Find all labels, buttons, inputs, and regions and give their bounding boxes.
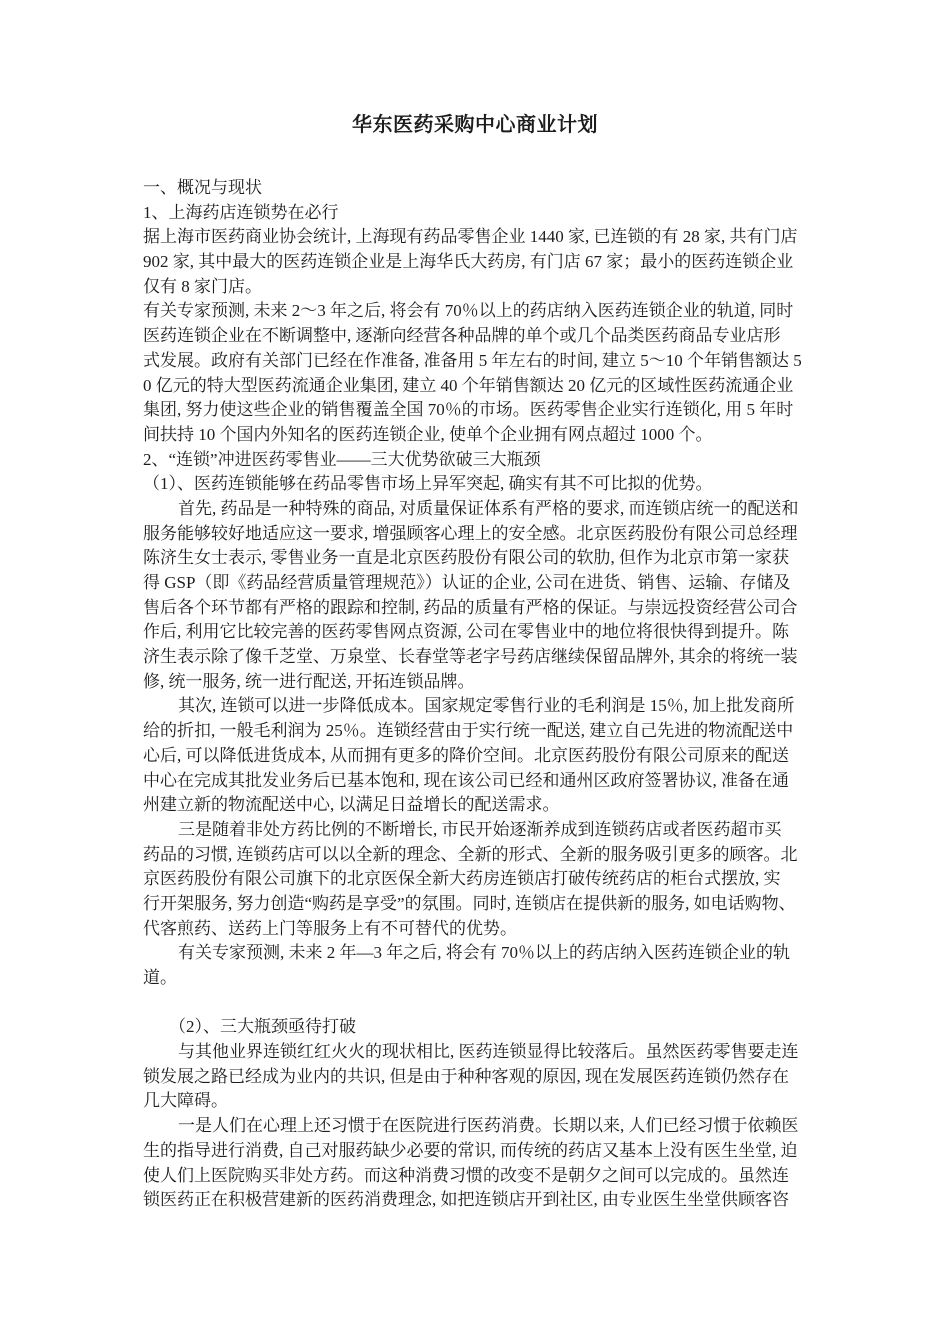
text-line: （2）、三大瓶颈亟待打破 (143, 1015, 833, 1040)
document-page: 华东医药采购中心商业计划 一、概况与现状1、上海药店连锁势在必行据上海市医药商业… (0, 0, 950, 1344)
text-line: 集团, 努力使这些企业的销售覆盖全国 70％的市场。医药零售企业实行连锁化, 用… (143, 398, 833, 423)
blank-line (143, 991, 833, 1016)
text-line: 陈济生女士表示, 零售业务一直是北京医药股份有限公司的软肋, 但作为北京市第一家… (143, 546, 833, 571)
text-line: 中心在完成其批发业务后已基本饱和, 现在该公司已经和通州区政府签署协议, 准备在… (143, 769, 833, 794)
text-line: 有关专家预测, 未来 2 年—3 年之后, 将会有 70％以上的药店纳入医药连锁… (143, 941, 833, 966)
document-title: 华东医药采购中心商业计划 (0, 0, 950, 140)
text-line: 据上海市医药商业协会统计, 上海现有药品零售企业 1440 家, 已连锁的有 2… (143, 225, 833, 250)
text-line: 代客煎药、送药上门等服务上有不可替代的优势。 (143, 917, 833, 942)
text-line: 修, 统一服务, 统一进行配送, 开拓连锁品牌。 (143, 670, 833, 695)
text-line: 作后, 利用它比较完善的医药零售网点资源, 公司在零售业中的地位将很快得到提升。… (143, 620, 833, 645)
document-body: 一、概况与现状1、上海药店连锁势在必行据上海市医药商业协会统计, 上海现有药品零… (0, 176, 833, 1213)
text-line: 其次, 连锁可以进一步降低成本。国家规定零售行业的毛利润是 15％, 加上批发商… (143, 694, 833, 719)
text-line: 得 GSP（即《药品经营质量管理规范》）认证的企业, 公司在进货、销售、运输、存… (143, 571, 833, 596)
text-line: 三是随着非处方药比例的不断增长, 市民开始逐渐养成到连锁药店或者医药超市买 (143, 818, 833, 843)
text-line: 给的折扣, 一般毛利润为 25％。连锁经营由于实行统一配送, 建立自己先进的物流… (143, 719, 833, 744)
text-line: 京医药股份有限公司旗下的北京医保全新大药房连锁店打破传统药店的柜台式摆放, 实 (143, 867, 833, 892)
text-line: 使人们上医院购买非处方药。而这种消费习惯的改变不是朝夕之间可以完成的。虽然连 (143, 1164, 833, 1189)
text-line: 医药连锁企业在不断调整中, 逐渐向经营各种品牌的单个或几个品类医药商品专业店形 (143, 324, 833, 349)
text-line: 服务能够较好地适应这一要求, 增强顾客心理上的安全感。北京医药股份有限公司总经理 (143, 522, 833, 547)
text-line: 州建立新的物流配送中心, 以满足日益增长的配送需求。 (143, 793, 833, 818)
text-line: 道。 (143, 966, 833, 991)
text-line: 仅有 8 家门店。 (143, 275, 833, 300)
text-line: 一、概况与现状 (143, 176, 833, 201)
text-line: 一是人们在心理上还习惯于在医院进行医药消费。长期以来, 人们已经习惯于依赖医 (143, 1114, 833, 1139)
text-line: 有关专家预测, 未来 2～3 年之后, 将会有 70％以上的药店纳入医药连锁企业… (143, 299, 833, 324)
text-line: 锁医药正在积极营建新的医药消费理念, 如把连锁店开到社区, 由专业医生坐堂供顾客… (143, 1188, 833, 1213)
text-line: 心后, 可以降低进货成本, 从而拥有更多的降价空间。北京医药股份有限公司原来的配… (143, 744, 833, 769)
text-line: 生的指导进行消费, 自己对服药缺少必要的常识, 而传统的药店又基本上没有医生坐堂… (143, 1139, 833, 1164)
text-line: 间扶持 10 个国内外知名的医药连锁企业, 使单个企业拥有网点超过 1000 个… (143, 423, 833, 448)
text-line: 与其他业界连锁红红火火的现状相比, 医药连锁显得比较落后。虽然医药零售要走连 (143, 1040, 833, 1065)
text-line: 药品的习惯, 连锁药店可以以全新的理念、全新的形式、全新的服务吸引更多的顾客。北 (143, 843, 833, 868)
text-line: 1、上海药店连锁势在必行 (143, 201, 833, 226)
text-line: 行开架服务, 努力创造“购药是享受”的氛围。同时, 连锁店在提供新的服务, 如电… (143, 892, 833, 917)
text-line: 锁发展之路已经成为业内的共识, 但是由于种种客观的原因, 现在发展医药连锁仍然存… (143, 1065, 833, 1090)
text-line: 902 家, 其中最大的医药连锁企业是上海华氏大药房, 有门店 67 家；最小的… (143, 250, 833, 275)
text-line: 0 亿元的特大型医药流通企业集团, 建立 40 个年销售额达 20 亿元的区域性… (143, 374, 833, 399)
text-line: 几大障碍。 (143, 1089, 833, 1114)
text-line: 首先, 药品是一种特殊的商品, 对质量保证体系有严格的要求, 而连锁店统一的配送… (143, 497, 833, 522)
text-line: 式发展。政府有关部门已经在作准备, 准备用 5 年左右的时间, 建立 5～10 … (143, 349, 833, 374)
text-line: （1）、医药连锁能够在药品零售市场上异军突起, 确实有其不可比拟的优势。 (143, 472, 833, 497)
text-line: 2、“连锁”冲进医药零售业——三大优势欲破三大瓶颈 (143, 448, 833, 473)
text-line: 售后各个环节都有严格的跟踪和控制, 药品的质量有严格的保证。与崇远投资经营公司合 (143, 596, 833, 621)
text-line: 济生表示除了像千芝堂、万泉堂、长春堂等老字号药店继续保留品牌外, 其余的将统一装 (143, 645, 833, 670)
